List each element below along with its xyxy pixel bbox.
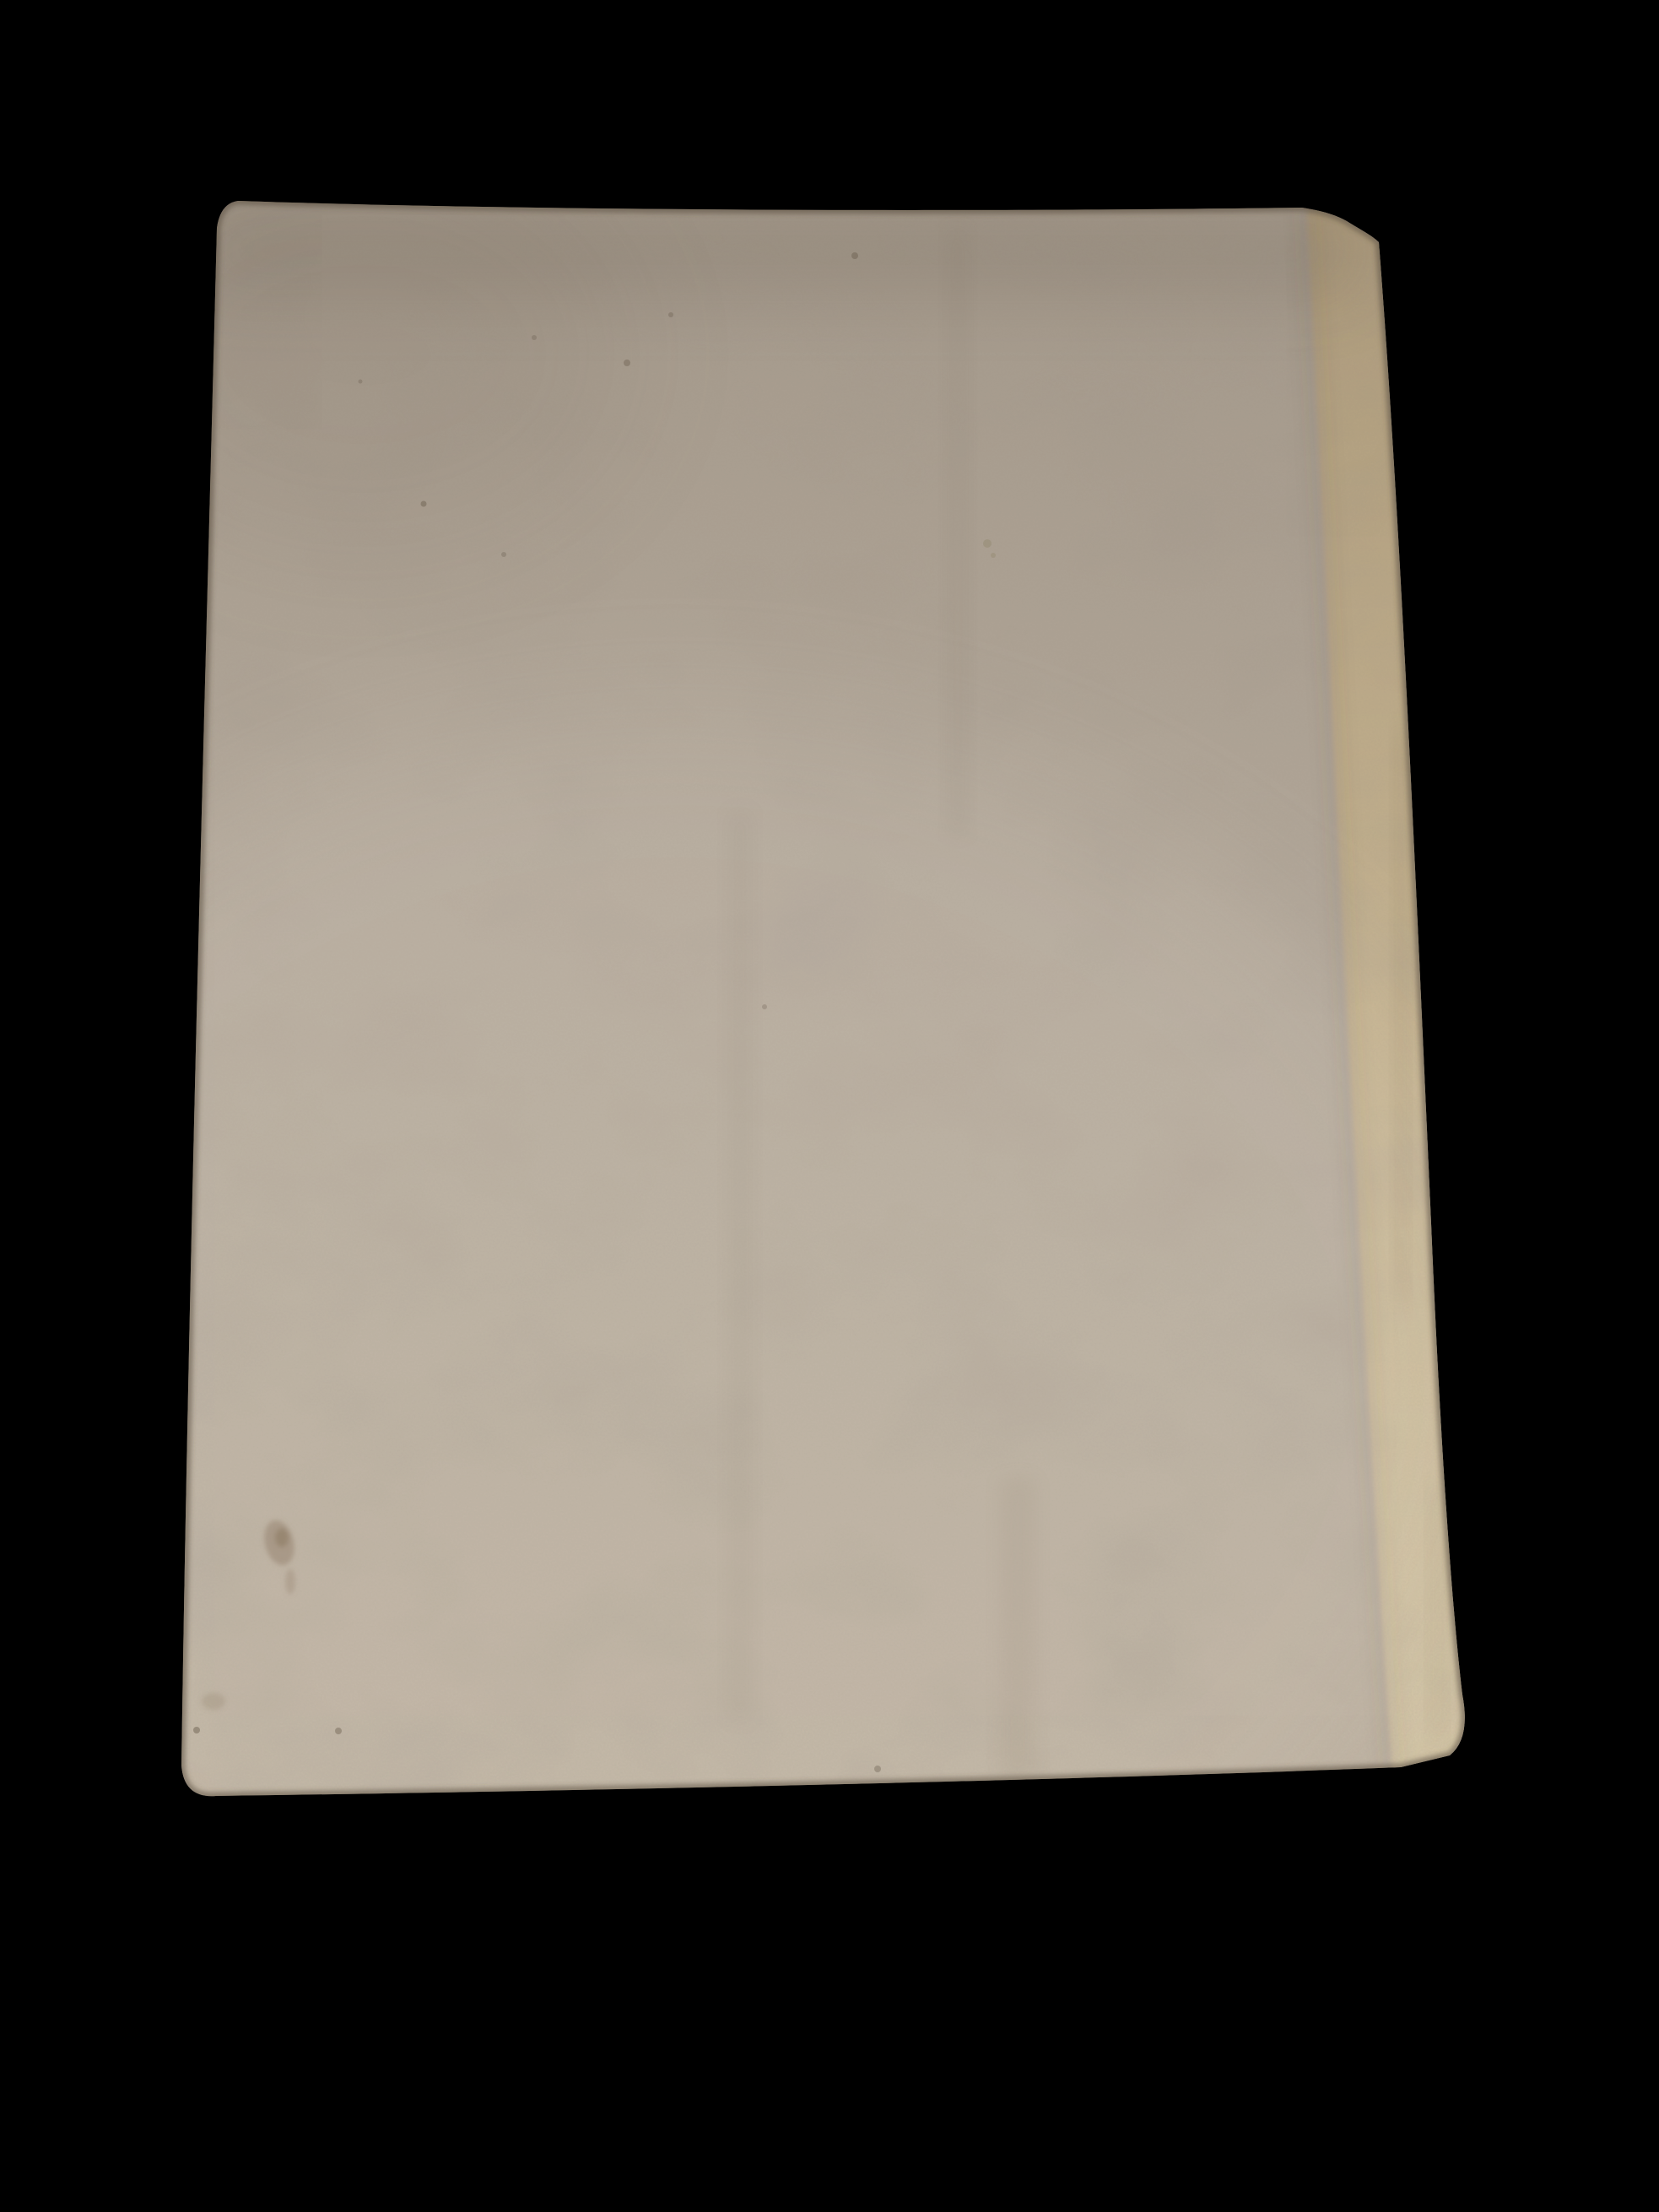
paper-speck (335, 1728, 342, 1734)
paper-speck (359, 380, 363, 384)
photo-stage: Photograph of a blank aged book back cov… (0, 0, 1659, 2212)
paper-speck (624, 360, 630, 366)
faint-vertical-streak (1000, 1477, 1035, 1781)
paper-speck (501, 552, 506, 557)
paper-speck (193, 1727, 200, 1733)
faint-vertical-streak (947, 228, 969, 836)
paper-speck (983, 539, 992, 548)
paper-speck (762, 1004, 767, 1009)
photo-of-book-back-cover (0, 0, 1659, 2212)
paper-speck (532, 335, 537, 340)
paper-speck (851, 252, 858, 259)
faint-vertical-streak (727, 810, 753, 1722)
paper-speck (421, 501, 427, 507)
paper-speck (668, 312, 673, 317)
paper-speck (991, 553, 996, 558)
paper-speck (874, 1766, 881, 1772)
